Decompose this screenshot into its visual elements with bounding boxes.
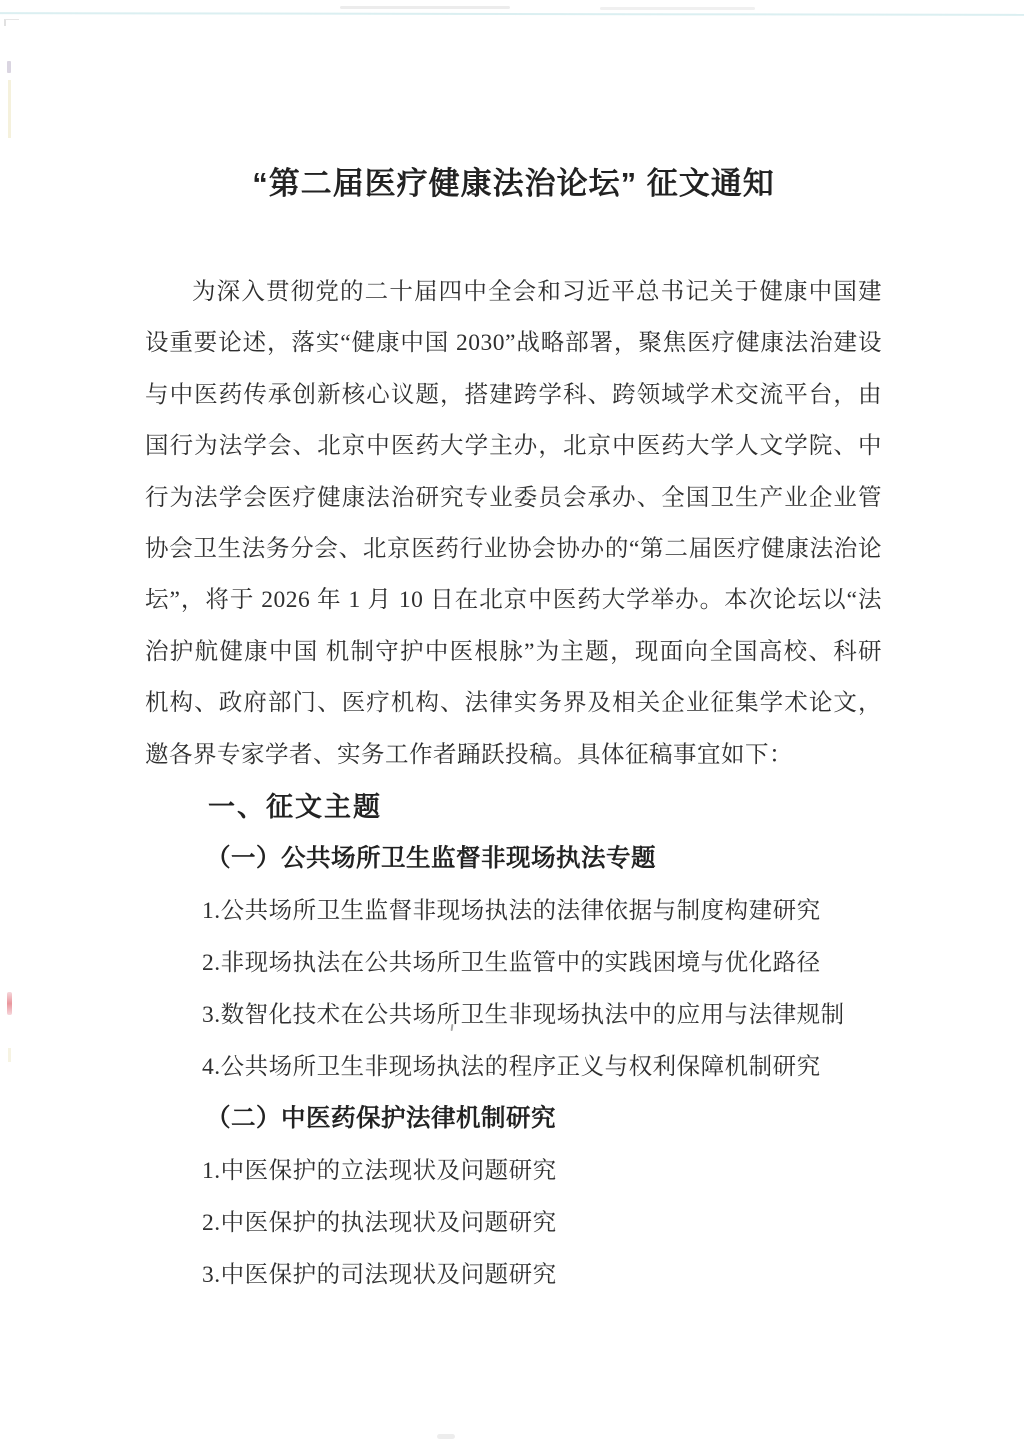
paragraph-line: 为深入贯彻党的二十届四中全会和习近平总书记关于健康中国建 bbox=[145, 267, 882, 318]
subsection-heading: （一）公共场所卫生监督非现场执法专题 bbox=[206, 833, 882, 885]
paragraph-line: 邀各界专家学者、实务工作者踊跃投稿。具体征稿事宜如下： bbox=[145, 730, 882, 781]
list-item: 2.中医保护的执法现状及问题研究 bbox=[202, 1197, 882, 1249]
document-body: “第二届医疗健康法治论坛” 征文通知 为深入贯彻党的二十届四中全会和习近平总书记… bbox=[145, 0, 882, 1301]
paragraph-line: 治护航健康中国 机制守护中医根脉”为主题，现面向全国高校、科研 bbox=[145, 627, 882, 678]
paragraph-line: 坛”，将于 2026 年 1 月 10 日在北京中医药大学举办。本次论坛以“法 bbox=[145, 575, 882, 626]
scan-artifact-corner-mark bbox=[4, 19, 19, 26]
intro-paragraph: 为深入贯彻党的二十届四中全会和习近平总书记关于健康中国建设重要论述，落实“健康中… bbox=[145, 267, 882, 781]
scan-artifact-speck bbox=[7, 61, 11, 73]
scan-artifact-speck bbox=[7, 992, 12, 1015]
paragraph-line: 设重要论述，落实“健康中国 2030”战略部署，聚焦医疗健康法治建设 bbox=[145, 318, 882, 369]
list-item: 3.中医保护的司法现状及问题研究 bbox=[202, 1249, 882, 1301]
subsection-heading: （二）中医药保护法律机制研究 bbox=[206, 1093, 882, 1145]
paragraph-line: 机构、政府部门、医疗机构、法律实务界及相关企业征集学术论文，诚 bbox=[145, 678, 882, 729]
section-subsections: （一）公共场所卫生监督非现场执法专题1.公共场所卫生监督非现场执法的法律依据与制… bbox=[145, 833, 882, 1301]
scan-artifact-streak bbox=[8, 80, 11, 138]
scan-artifact-streak bbox=[8, 1048, 11, 1062]
scan-artifact-smudge bbox=[437, 1434, 455, 1439]
list-item: 4.公共场所卫生非现场执法的程序正义与权利保障机制研究 bbox=[202, 1041, 882, 1093]
page-title: “第二届医疗健康法治论坛” 征文通知 bbox=[145, 164, 882, 204]
list-item: 3.数智化技术在公共场所卫生非现场执法中的应用与法律规制 bbox=[202, 989, 882, 1041]
paragraph-line: 与中医药传承创新核心议题，搭建跨学科、跨领域学术交流平台，由中 bbox=[145, 370, 882, 421]
paragraph-line: 国行为法学会、北京中医药大学主办，北京中医药大学人文学院、中国 bbox=[145, 421, 882, 472]
section-heading: 一、征文主题 bbox=[208, 781, 882, 833]
list-item: 1.公共场所卫生监督非现场执法的法律依据与制度构建研究 bbox=[202, 885, 882, 937]
scanned-document-page: “第二届医疗健康法治论坛” 征文通知 为深入贯彻党的二十届四中全会和习近平总书记… bbox=[0, 0, 1024, 1448]
paragraph-line: 协会卫生法务分会、北京医药行业协会协办的“第二届医疗健康法治论 bbox=[145, 524, 882, 575]
paragraph-line: 行为法学会医疗健康法治研究专业委员会承办、全国卫生产业企业管理 bbox=[145, 473, 882, 524]
list-item: 2.非现场执法在公共场所卫生监管中的实践困境与优化路径 bbox=[202, 937, 882, 989]
list-item: 1.中医保护的立法现状及问题研究 bbox=[202, 1145, 882, 1197]
